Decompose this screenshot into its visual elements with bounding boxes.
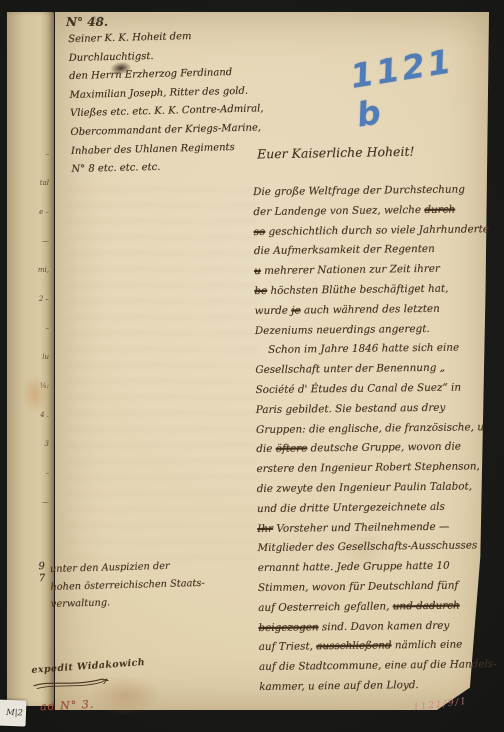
text-fragment: —	[9, 227, 49, 256]
faint-pencil-mark: 36	[92, 15, 102, 24]
ink-showthrough	[67, 182, 257, 572]
text-fragment: mi,	[9, 256, 49, 285]
margin-note-text: unter den Auspizien derhohen österreichi…	[50, 557, 206, 614]
body-line: kammer, u eine auf den Lloyd.	[259, 675, 499, 698]
text-fragment: –	[9, 459, 49, 488]
body-line: so geschichtlich durch so viele Jahrhund…	[253, 220, 493, 243]
text-fragment: —	[9, 488, 49, 517]
red-ink-note: ad N° 3.	[40, 698, 95, 714]
text-fragment: lu	[9, 343, 49, 372]
body-line: Die große Weltfrage der Durchstechung	[253, 180, 493, 203]
paragraph: Die große Weltfrage der Durchstechungder…	[253, 180, 495, 341]
text-fragment: e –	[9, 198, 49, 227]
letter-body: Die große Weltfrage der Durchstechungder…	[253, 180, 499, 698]
fraction-numerator: 9	[38, 561, 45, 572]
address-line: Seiner K. K. Hoheit dem Durchlauchtigst.	[68, 26, 269, 68]
text-fragment: –	[9, 314, 49, 343]
text-fragment: ¼:	[9, 372, 49, 401]
struck-word: beigezogen	[258, 621, 318, 634]
struck-word: Ihr	[257, 522, 273, 534]
text-fragment: tal	[9, 169, 49, 198]
body-line: Mitglieder des Gesellschafts-Ausschusses	[257, 536, 497, 559]
document-photo: –tale –—mi,2 ––lu¼:4 .3–— N° 48. 36 Sein…	[0, 0, 504, 732]
struck-word: je	[291, 304, 301, 316]
struck-word: ausschließend	[316, 640, 391, 653]
paragraph: Schon im Jahre 1846 hatte sich eineGesel…	[255, 338, 499, 697]
body-line: Société d' Études du Canal de Suez“ in	[255, 378, 495, 401]
text-fragment: –	[9, 140, 49, 169]
flourish-underline	[32, 674, 111, 691]
body-line: auf die Stadtcommune, eine auf die Hande…	[259, 655, 499, 678]
text-fragment: 2 –	[9, 285, 49, 314]
fraction-denominator: 7	[39, 572, 46, 584]
neighbor-text-fragments: –tale –—mi,2 ––lu¼:4 .3–—	[9, 140, 49, 517]
struck-word: öftere	[276, 443, 308, 455]
corner-label: M|2	[0, 699, 26, 726]
struck-word: be	[254, 285, 267, 297]
body-line: die zweyte den Ingenieur Paulin Talabot,	[257, 477, 497, 500]
text-fragment: 4 .	[9, 401, 49, 430]
body-line: Schon im Jahre 1846 hatte sich eine	[255, 338, 495, 361]
struck-word: so	[254, 225, 266, 237]
margin-note-number: 9 7	[38, 561, 46, 614]
salutation: Euer Kaiserliche Hoheit!	[257, 144, 415, 162]
struck-word: und dadurch	[393, 599, 460, 612]
margin-note: 9 7 unter den Auspizien derhohen österre…	[38, 557, 205, 614]
struck-word: durch	[424, 203, 455, 215]
text-fragment: 3	[9, 430, 49, 459]
address-block: Seiner K. K. Hoheit dem Durchlauchtigst.…	[68, 26, 272, 180]
